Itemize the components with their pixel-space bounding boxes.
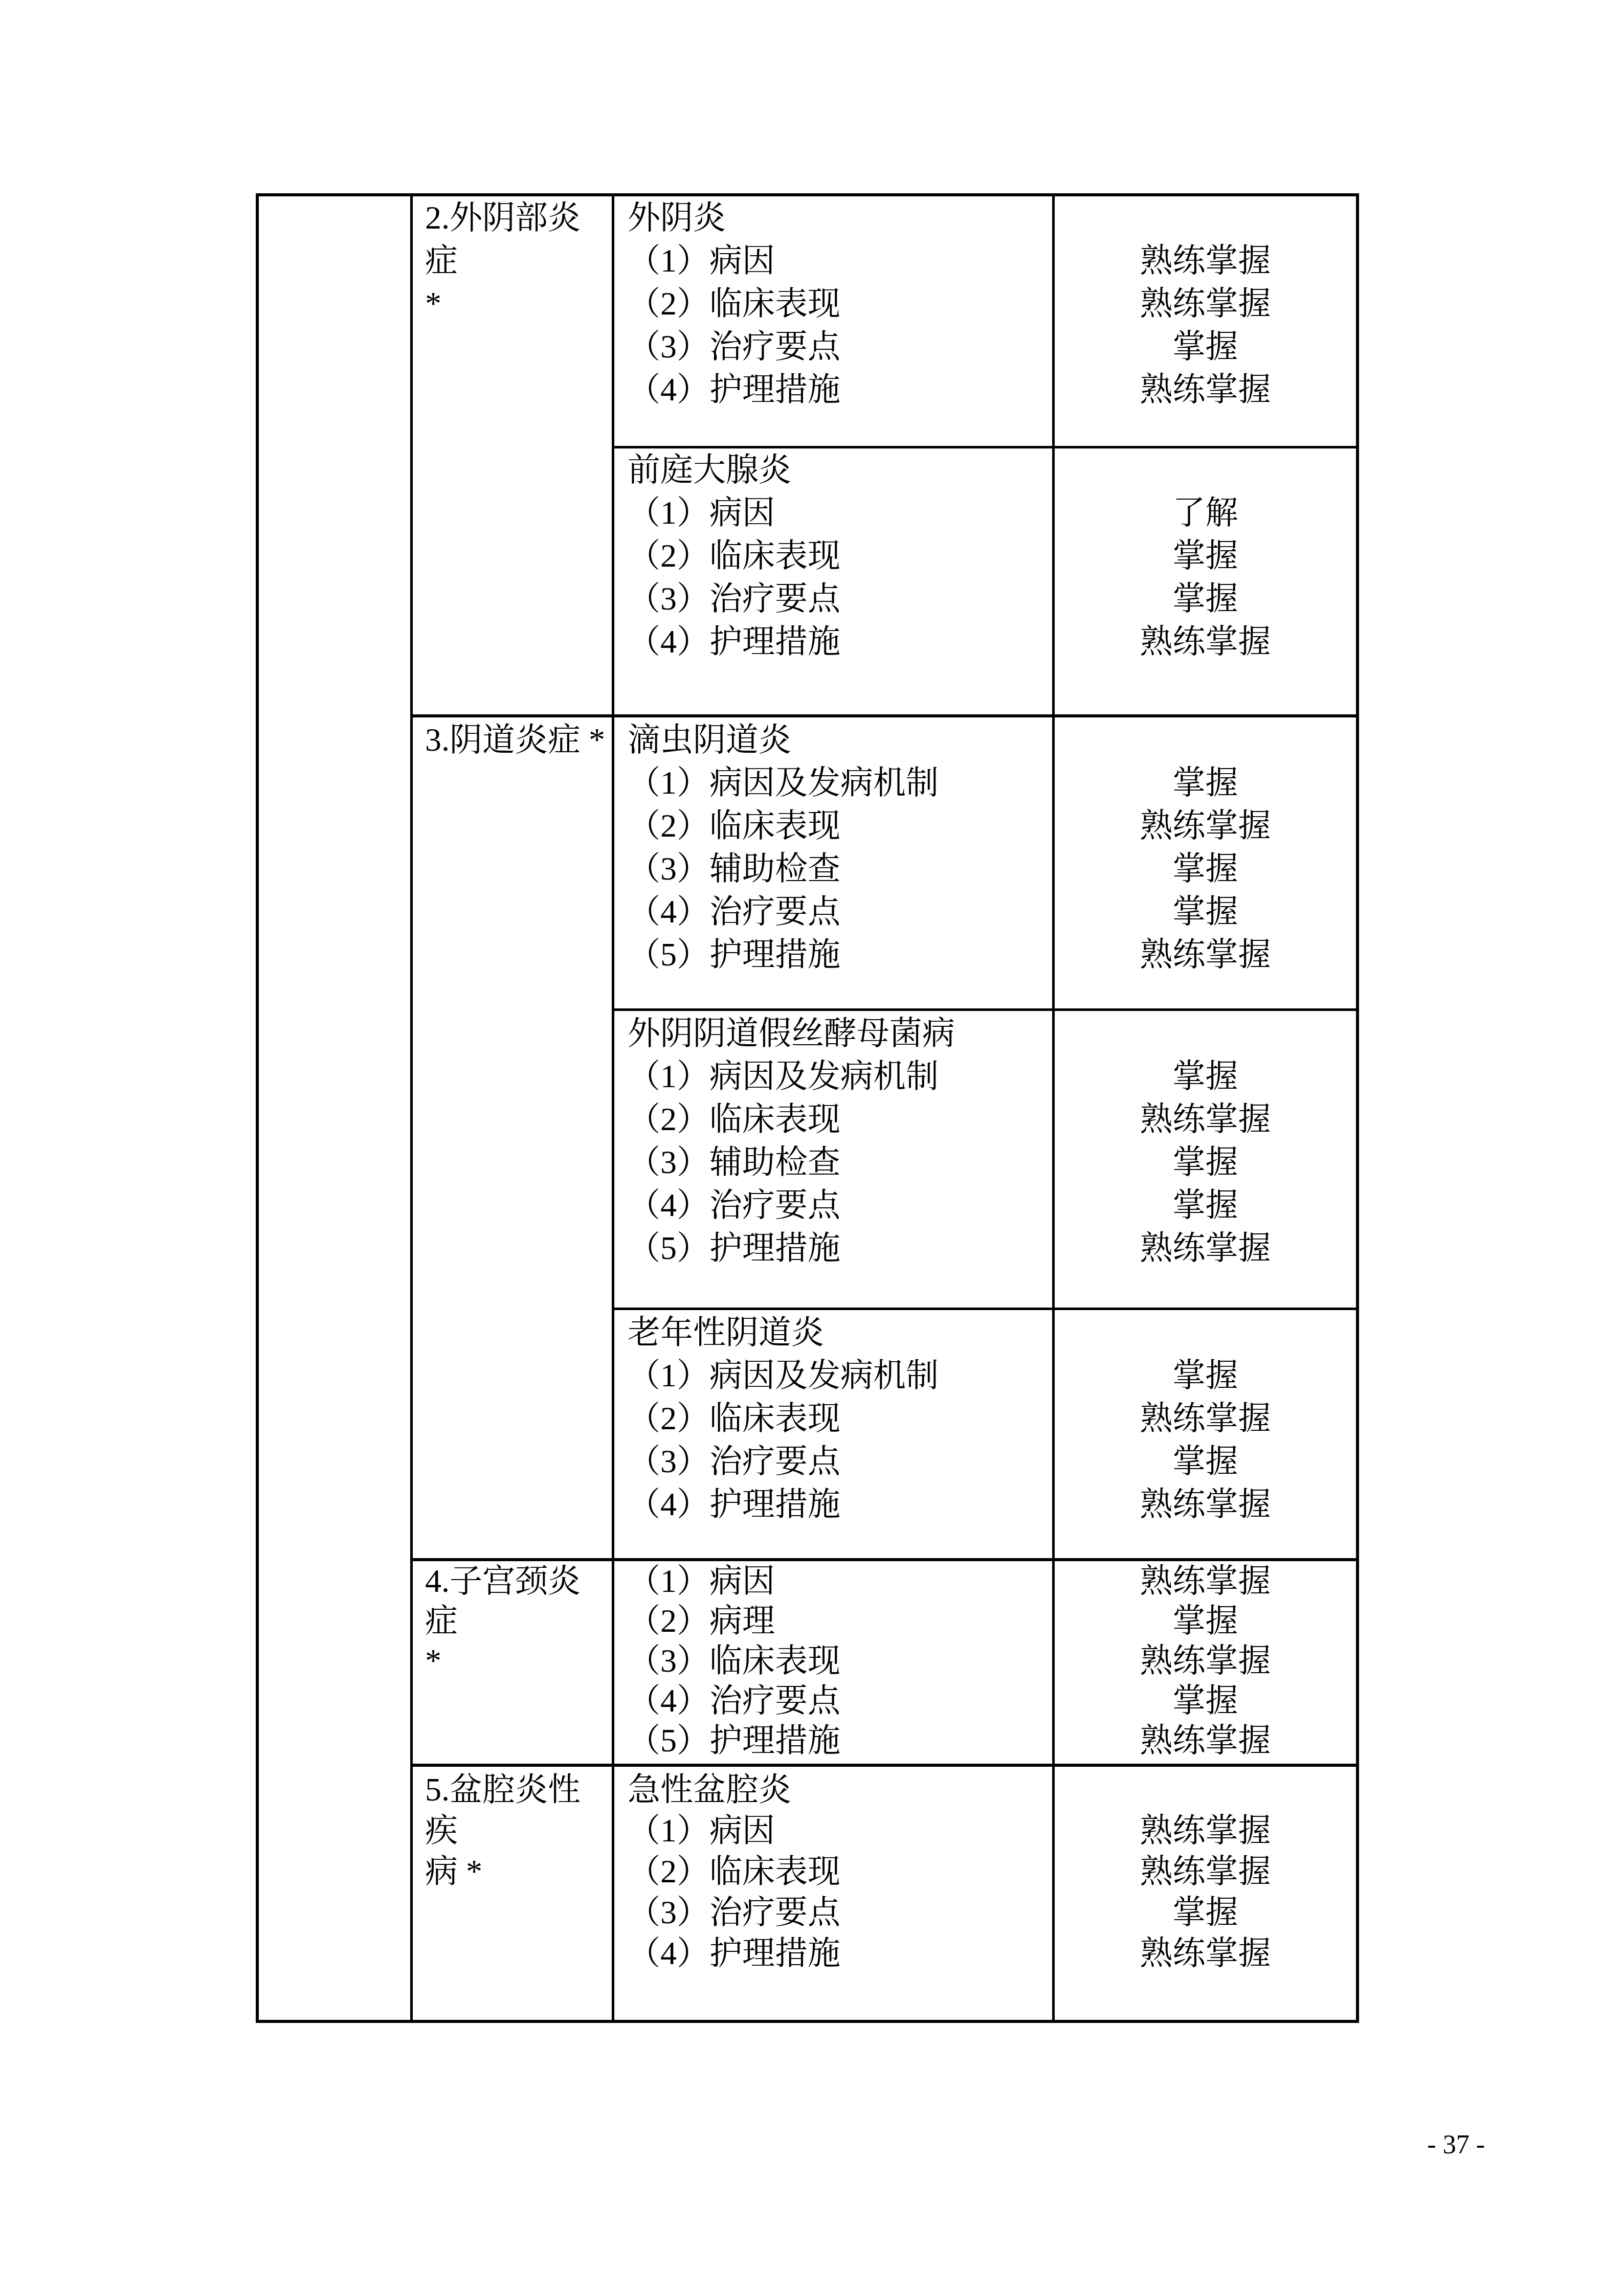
section-content-cell: 急性盆腔炎 （1）病因 熟练掌握 （2）临床表现 熟练掌握 （3）治疗要点 掌握… — [614, 1767, 1356, 2020]
topic-title: 滴虫阴道炎 — [614, 718, 1055, 761]
table-row: （3）临床表现 熟练掌握 — [614, 1641, 1356, 1681]
item-text: （3）治疗要点 — [614, 325, 1055, 368]
table-row: （3）辅助检查 掌握 — [614, 847, 1356, 890]
mastery-level: 熟练掌握 — [1055, 933, 1356, 976]
table-row: （4）治疗要点 掌握 — [614, 1681, 1356, 1721]
table-row: （5）护理措施 熟练掌握 — [614, 1721, 1356, 1761]
item-text: （3）治疗要点 — [614, 1892, 1055, 1933]
table-row: （1）病因及发病机制 掌握 — [614, 761, 1356, 804]
mastery-level: 掌握 — [1055, 1681, 1356, 1721]
item-text: （4）治疗要点 — [614, 890, 1055, 933]
mastery-cell-empty — [1055, 448, 1356, 491]
mastery-level: 熟练掌握 — [1055, 1721, 1356, 1761]
table-row: （4）治疗要点 掌握 — [614, 890, 1356, 933]
table-row: 急性盆腔炎 — [614, 1769, 1356, 1810]
table-row: （4）护理措施 熟练掌握 — [614, 1933, 1356, 1974]
item-text: （3）临床表现 — [614, 1641, 1055, 1681]
mastery-level: 熟练掌握 — [1055, 1397, 1356, 1440]
mastery-level: 掌握 — [1055, 761, 1356, 804]
table-section-row: 5.盆腔炎性疾 病 * 急性盆腔炎 （1）病因 熟练掌握 （2）临床表现 熟练掌… — [413, 1764, 1356, 2020]
table-row: （2）临床表现 熟练掌握 — [614, 1397, 1356, 1440]
mastery-cell-empty — [1055, 1012, 1356, 1055]
topic-title: 外阴阴道假丝酵母菌病 — [614, 1012, 1055, 1055]
table-row: （2）临床表现 熟练掌握 — [614, 282, 1356, 325]
item-text: （1）病因及发病机制 — [614, 1055, 1055, 1098]
item-text: （2）临床表现 — [614, 1098, 1055, 1141]
mastery-level: 熟练掌握 — [1055, 1933, 1356, 1974]
mastery-level: 熟练掌握 — [1055, 368, 1356, 411]
topic-title: 前庭大腺炎 — [614, 448, 1055, 491]
item-text: （1）病因 — [614, 491, 1055, 534]
item-text: （2）临床表现 — [614, 282, 1055, 325]
topic-block: 前庭大腺炎 （1）病因 了解 （2）临床表现 掌握 （3）治疗要点 掌握 （4）… — [614, 446, 1356, 714]
table-row: （3）治疗要点 掌握 — [614, 325, 1356, 368]
mastery-level: 熟练掌握 — [1055, 282, 1356, 325]
item-text: （4）治疗要点 — [614, 1681, 1055, 1721]
table-row: （2）临床表现 熟练掌握 — [614, 1851, 1356, 1892]
mastery-level: 掌握 — [1055, 1055, 1356, 1098]
table-row: 前庭大腺炎 — [614, 448, 1356, 491]
table-row: （1）病因 熟练掌握 — [614, 1561, 1356, 1601]
table-row: （4）护理措施 熟练掌握 — [614, 620, 1356, 663]
topic-block: 滴虫阴道炎 （1）病因及发病机制 掌握 （2）临床表现 熟练掌握 （3）辅助检查… — [614, 717, 1356, 1008]
table-row: （1）病因 熟练掌握 — [614, 1810, 1356, 1851]
topic-block: 外阴阴道假丝酵母菌病 （1）病因及发病机制 掌握 （2）临床表现 熟练掌握 （3… — [614, 1008, 1356, 1308]
mastery-level: 掌握 — [1055, 1601, 1356, 1641]
item-text: （2）临床表现 — [614, 804, 1055, 847]
item-text: （3）辅助检查 — [614, 1141, 1055, 1184]
document-page: 2.外阴部炎症 * 外阴炎 （1）病因 熟练掌握 （2）临床表现 熟练掌握 （3… — [0, 0, 1624, 2296]
table-row: （3）治疗要点 掌握 — [614, 1892, 1356, 1933]
table-row: 老年性阴道炎 — [614, 1311, 1356, 1354]
mastery-cell-empty — [1055, 1311, 1356, 1354]
mastery-level: 掌握 — [1055, 325, 1356, 368]
table-row: （5）护理措施 熟练掌握 — [614, 933, 1356, 976]
item-text: （3）治疗要点 — [614, 1440, 1055, 1483]
mastery-level: 熟练掌握 — [1055, 1483, 1356, 1526]
item-text: （4）护理措施 — [614, 1933, 1055, 1974]
table-row: （2）病理 掌握 — [614, 1601, 1356, 1641]
mastery-level: 熟练掌握 — [1055, 620, 1356, 663]
section-content-cell: （1）病因 熟练掌握 （2）病理 掌握 （3）临床表现 熟练掌握 （4）治疗要点… — [614, 1561, 1356, 1764]
topic-title: 急性盆腔炎 — [614, 1769, 1055, 1810]
mastery-level: 掌握 — [1055, 1141, 1356, 1184]
item-text: （2）临床表现 — [614, 1397, 1055, 1440]
mastery-level: 掌握 — [1055, 1354, 1356, 1397]
mastery-level: 熟练掌握 — [1055, 239, 1356, 282]
table-row: 滴虫阴道炎 — [614, 718, 1356, 761]
item-text: （2）临床表现 — [614, 534, 1055, 577]
table-row: （5）护理措施 熟练掌握 — [614, 1227, 1356, 1270]
item-text: （4）护理措施 — [614, 620, 1055, 663]
topic-block: （1）病因 熟练掌握 （2）病理 掌握 （3）临床表现 熟练掌握 （4）治疗要点… — [614, 1561, 1356, 1764]
item-text: （1）病因 — [614, 239, 1055, 282]
page-number: - 37 - — [1427, 2130, 1485, 2160]
table-section-row: 4.子宫颈炎症 * （1）病因 熟练掌握 （2）病理 掌握 （3）临床表现 熟练… — [413, 1558, 1356, 1764]
item-text: （4）护理措施 — [614, 1483, 1055, 1526]
table-row: 外阴炎 — [614, 196, 1356, 239]
topic-title: 外阴炎 — [614, 196, 1055, 239]
section-title-cell: 2.外阴部炎症 * — [413, 196, 614, 714]
item-text: （5）护理措施 — [614, 933, 1055, 976]
item-text: （2）病理 — [614, 1601, 1055, 1641]
topic-block: 老年性阴道炎 （1）病因及发病机制 掌握 （2）临床表现 熟练掌握 （3）治疗要… — [614, 1308, 1356, 1558]
mastery-level: 掌握 — [1055, 534, 1356, 577]
mastery-level: 掌握 — [1055, 1184, 1356, 1227]
mastery-level: 熟练掌握 — [1055, 804, 1356, 847]
section-title-cell: 5.盆腔炎性疾 病 * — [413, 1767, 614, 2020]
section-title-cell: 4.子宫颈炎症 * — [413, 1561, 614, 1764]
item-text: （2）临床表现 — [614, 1851, 1055, 1892]
mastery-cell-empty — [1055, 196, 1356, 239]
table-row: （4）护理措施 熟练掌握 — [614, 368, 1356, 411]
table-row: （1）病因 熟练掌握 — [614, 239, 1356, 282]
table-row: （3）治疗要点 掌握 — [614, 577, 1356, 620]
mastery-level: 掌握 — [1055, 890, 1356, 933]
mastery-level: 了解 — [1055, 491, 1356, 534]
syllabus-table: 2.外阴部炎症 * 外阴炎 （1）病因 熟练掌握 （2）临床表现 熟练掌握 （3… — [256, 193, 1359, 2023]
mastery-level: 熟练掌握 — [1055, 1561, 1356, 1601]
item-text: （5）护理措施 — [614, 1721, 1055, 1761]
table-row: 外阴阴道假丝酵母菌病 — [614, 1012, 1356, 1055]
item-text: （5）护理措施 — [614, 1227, 1055, 1270]
table-row: （3）辅助检查 掌握 — [614, 1141, 1356, 1184]
section-content-cell: 外阴炎 （1）病因 熟练掌握 （2）临床表现 熟练掌握 （3）治疗要点 掌握 （… — [614, 196, 1356, 714]
table-row: （2）临床表现 熟练掌握 — [614, 804, 1356, 847]
table-section-row: 3.阴道炎症 * 滴虫阴道炎 （1）病因及发病机制 掌握 （2）临床表现 熟练掌… — [413, 714, 1356, 1558]
section-content-cell: 滴虫阴道炎 （1）病因及发病机制 掌握 （2）临床表现 熟练掌握 （3）辅助检查… — [614, 717, 1356, 1558]
item-text: （1）病因 — [614, 1810, 1055, 1851]
mastery-level: 掌握 — [1055, 577, 1356, 620]
table-row: （2）临床表现 掌握 — [614, 534, 1356, 577]
table-row: （2）临床表现 熟练掌握 — [614, 1098, 1356, 1141]
table-main-columns: 2.外阴部炎症 * 外阴炎 （1）病因 熟练掌握 （2）临床表现 熟练掌握 （3… — [413, 196, 1356, 2020]
table-row: （3）治疗要点 掌握 — [614, 1440, 1356, 1483]
item-text: （4）治疗要点 — [614, 1184, 1055, 1227]
table-section-row: 2.外阴部炎症 * 外阴炎 （1）病因 熟练掌握 （2）临床表现 熟练掌握 （3… — [413, 196, 1356, 714]
mastery-level: 熟练掌握 — [1055, 1851, 1356, 1892]
table-row: （1）病因及发病机制 掌握 — [614, 1354, 1356, 1397]
item-text: （1）病因 — [614, 1561, 1055, 1601]
mastery-level: 熟练掌握 — [1055, 1810, 1356, 1851]
topic-title: 老年性阴道炎 — [614, 1311, 1055, 1354]
section-title-cell: 3.阴道炎症 * — [413, 717, 614, 1558]
item-text: （1）病因及发病机制 — [614, 1354, 1055, 1397]
mastery-level: 掌握 — [1055, 1892, 1356, 1933]
table-row: （4）护理措施 熟练掌握 — [614, 1483, 1356, 1526]
mastery-level: 熟练掌握 — [1055, 1641, 1356, 1681]
table-row: （1）病因及发病机制 掌握 — [614, 1055, 1356, 1098]
item-text: （4）护理措施 — [614, 368, 1055, 411]
mastery-level: 掌握 — [1055, 847, 1356, 890]
item-text: （3）治疗要点 — [614, 577, 1055, 620]
empty-first-column — [259, 196, 413, 2020]
table-row: （1）病因 了解 — [614, 491, 1356, 534]
item-text: （1）病因及发病机制 — [614, 761, 1055, 804]
mastery-level: 熟练掌握 — [1055, 1098, 1356, 1141]
item-text: （3）辅助检查 — [614, 847, 1055, 890]
table-row: （4）治疗要点 掌握 — [614, 1184, 1356, 1227]
mastery-cell-empty — [1055, 718, 1356, 761]
mastery-cell-empty — [1055, 1769, 1356, 1810]
topic-block: 急性盆腔炎 （1）病因 熟练掌握 （2）临床表现 熟练掌握 （3）治疗要点 掌握… — [614, 1767, 1356, 2020]
topic-block: 外阴炎 （1）病因 熟练掌握 （2）临床表现 熟练掌握 （3）治疗要点 掌握 （… — [614, 196, 1356, 446]
mastery-level: 熟练掌握 — [1055, 1227, 1356, 1270]
mastery-level: 掌握 — [1055, 1440, 1356, 1483]
